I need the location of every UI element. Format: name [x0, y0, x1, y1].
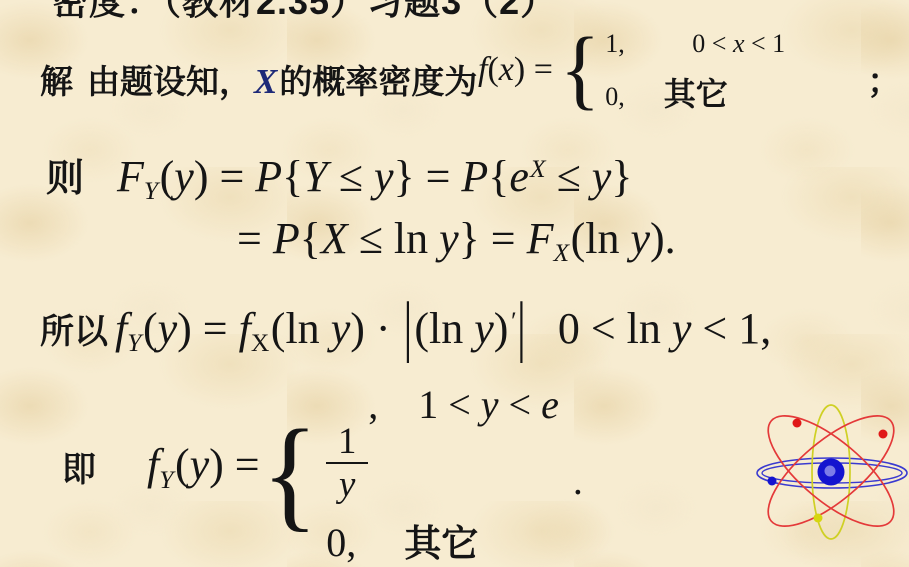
- left-curly-brace: {: [560, 25, 600, 114]
- math-token: y: [190, 440, 210, 489]
- math-token: ) =: [514, 51, 553, 88]
- math-token: X: [553, 238, 569, 267]
- math-token: {: [300, 214, 321, 263]
- math-token: < 1,: [691, 304, 771, 353]
- math-token: y: [174, 152, 194, 201]
- trailing-period: .: [573, 457, 583, 504]
- math-token: y: [630, 214, 650, 263]
- math-token: x: [499, 51, 514, 88]
- fy-case-row-2: 0,其它: [326, 520, 559, 566]
- fraction-numerator: 1: [326, 421, 368, 464]
- math-token: f: [115, 304, 127, 353]
- math-token: ) =: [194, 152, 255, 201]
- atom-electron-red-2: [879, 430, 888, 439]
- math-token: Y: [159, 465, 173, 494]
- math-token: e: [509, 152, 529, 201]
- math-token: P: [461, 152, 488, 201]
- then-label: 则: [46, 147, 84, 202]
- math-token: F: [117, 152, 144, 201]
- range-condition: 0 < ln y < 1,: [558, 303, 771, 354]
- math-token: X: [251, 328, 269, 357]
- namely-label: 即: [62, 442, 96, 491]
- atom-electron-blue: [768, 477, 777, 486]
- random-variable-x: X: [252, 62, 279, 102]
- math-token: P: [255, 152, 282, 201]
- math-token: =: [237, 214, 273, 263]
- cdf-formula: FY(y) = P{Y ≤ y} = P{eX ≤ y}: [117, 151, 632, 206]
- math-token: P: [273, 214, 300, 263]
- math-token: y: [331, 304, 351, 353]
- math-token: 0,: [326, 520, 356, 565]
- then-line: 则 FY(y) = P{Y ≤ y} = P{eX ≤ y}: [46, 147, 632, 206]
- fy-case-row-1: 1y,1 < y < e: [326, 382, 559, 504]
- math-token: < 1: [745, 29, 786, 58]
- math-token: <: [499, 382, 542, 427]
- lecture-slide: 密度：（教材2.35）习题3（2） 解 由题设知， X 的概率密度为 f(x) …: [0, 0, 909, 567]
- math-token: (: [175, 440, 190, 489]
- atom-electron-red-1: [793, 419, 802, 428]
- fx-piecewise-formula: f(x) = { 1,0 < x < 1 0,其它 ；: [478, 28, 901, 112]
- therefore-line: 所以 fY(y) = fX(ln y) · |(ln y)′| 0 < ln y…: [40, 303, 771, 358]
- math-token: F: [527, 214, 554, 263]
- left-curly-brace: {: [262, 411, 319, 536]
- math-token: ) =: [177, 304, 238, 353]
- math-token: X: [321, 214, 348, 263]
- math-token: (ln: [271, 304, 331, 353]
- fx-lhs: f(x) =: [478, 51, 553, 89]
- math-token: y: [158, 304, 178, 353]
- math-token: }: [611, 152, 632, 201]
- density-transform-formula: fY(y) = fX(ln y) · |(ln y)′|: [115, 303, 528, 358]
- math-token: ) =: [209, 440, 259, 489]
- trailing-semicolon: ；: [867, 54, 901, 103]
- math-token: y: [374, 152, 394, 201]
- fx-case-row-1: 1,0 < x < 1: [605, 29, 785, 59]
- math-token: (ln: [414, 304, 474, 353]
- math-token: y: [481, 382, 499, 427]
- math-token: y: [439, 214, 459, 263]
- math-token: Y: [127, 328, 141, 357]
- fy-piecewise-formula: fY(y) = { 1y,1 < y < e 0,其它 .: [147, 394, 583, 554]
- math-token: e: [541, 382, 559, 427]
- math-token: 其它: [404, 523, 478, 564]
- fx-case-row-2: 0,其它: [605, 78, 785, 112]
- math-token: 其它: [664, 76, 728, 112]
- math-token: Y: [144, 176, 158, 205]
- cdf-formula-continued: = P{X ≤ ln y} = FX(ln y).: [237, 213, 676, 268]
- math-token: f: [147, 440, 159, 489]
- math-token: {: [282, 152, 303, 201]
- therefore-label: 所以: [40, 304, 108, 353]
- math-token: 0 < ln: [558, 304, 672, 353]
- math-token: 0 <: [692, 29, 733, 58]
- math-token: ≤: [328, 152, 374, 201]
- math-token: y: [474, 304, 494, 353]
- math-token: } =: [459, 214, 527, 263]
- math-token: Y: [303, 152, 327, 201]
- math-token: |: [404, 287, 413, 366]
- math-token: X: [530, 154, 546, 183]
- math-token: } =: [393, 152, 461, 201]
- math-token: y: [592, 152, 612, 201]
- fy-case-rows: 1y,1 < y < e 0,其它: [326, 382, 559, 566]
- math-token: 1 <: [418, 382, 481, 427]
- math-token: ≤ ln: [348, 214, 439, 263]
- math-token: (: [160, 152, 175, 201]
- atom-nucleus-core: [825, 466, 836, 477]
- atom-icon: [744, 396, 908, 552]
- math-token: 1,: [605, 29, 625, 58]
- math-token: (ln: [571, 214, 631, 263]
- intro-text-after-x: 的概率密度为: [279, 56, 477, 103]
- intro-text-before-x: 由题设知，: [87, 56, 252, 103]
- math-token: ).: [650, 214, 676, 263]
- fraction-denominator: y: [339, 464, 355, 504]
- math-token: f: [239, 304, 251, 353]
- math-token: ′: [509, 306, 515, 335]
- math-token: x: [733, 29, 745, 58]
- clipped-top-line: 密度：（教材2.35）习题3（2）: [52, 0, 557, 25]
- solution-intro-line: 解 由题设知， X 的概率密度为: [40, 56, 477, 103]
- math-token: |: [517, 287, 526, 366]
- math-token: y: [672, 304, 692, 353]
- math-token: ≤: [546, 152, 592, 201]
- fx-case-rows: 1,0 < x < 1 0,其它: [605, 29, 785, 112]
- atom-electron-yellow: [814, 514, 823, 523]
- fy-lhs: fY(y) =: [147, 439, 260, 494]
- math-token: ) ·: [350, 304, 401, 353]
- math-token: ): [494, 304, 509, 353]
- math-token: (: [143, 304, 158, 353]
- math-token: 0,: [605, 82, 625, 111]
- fraction: 1y: [326, 421, 368, 504]
- solve-label: 解: [40, 56, 73, 103]
- math-token: ,: [368, 382, 378, 427]
- math-token: {: [488, 152, 509, 201]
- math-token: (: [487, 51, 498, 88]
